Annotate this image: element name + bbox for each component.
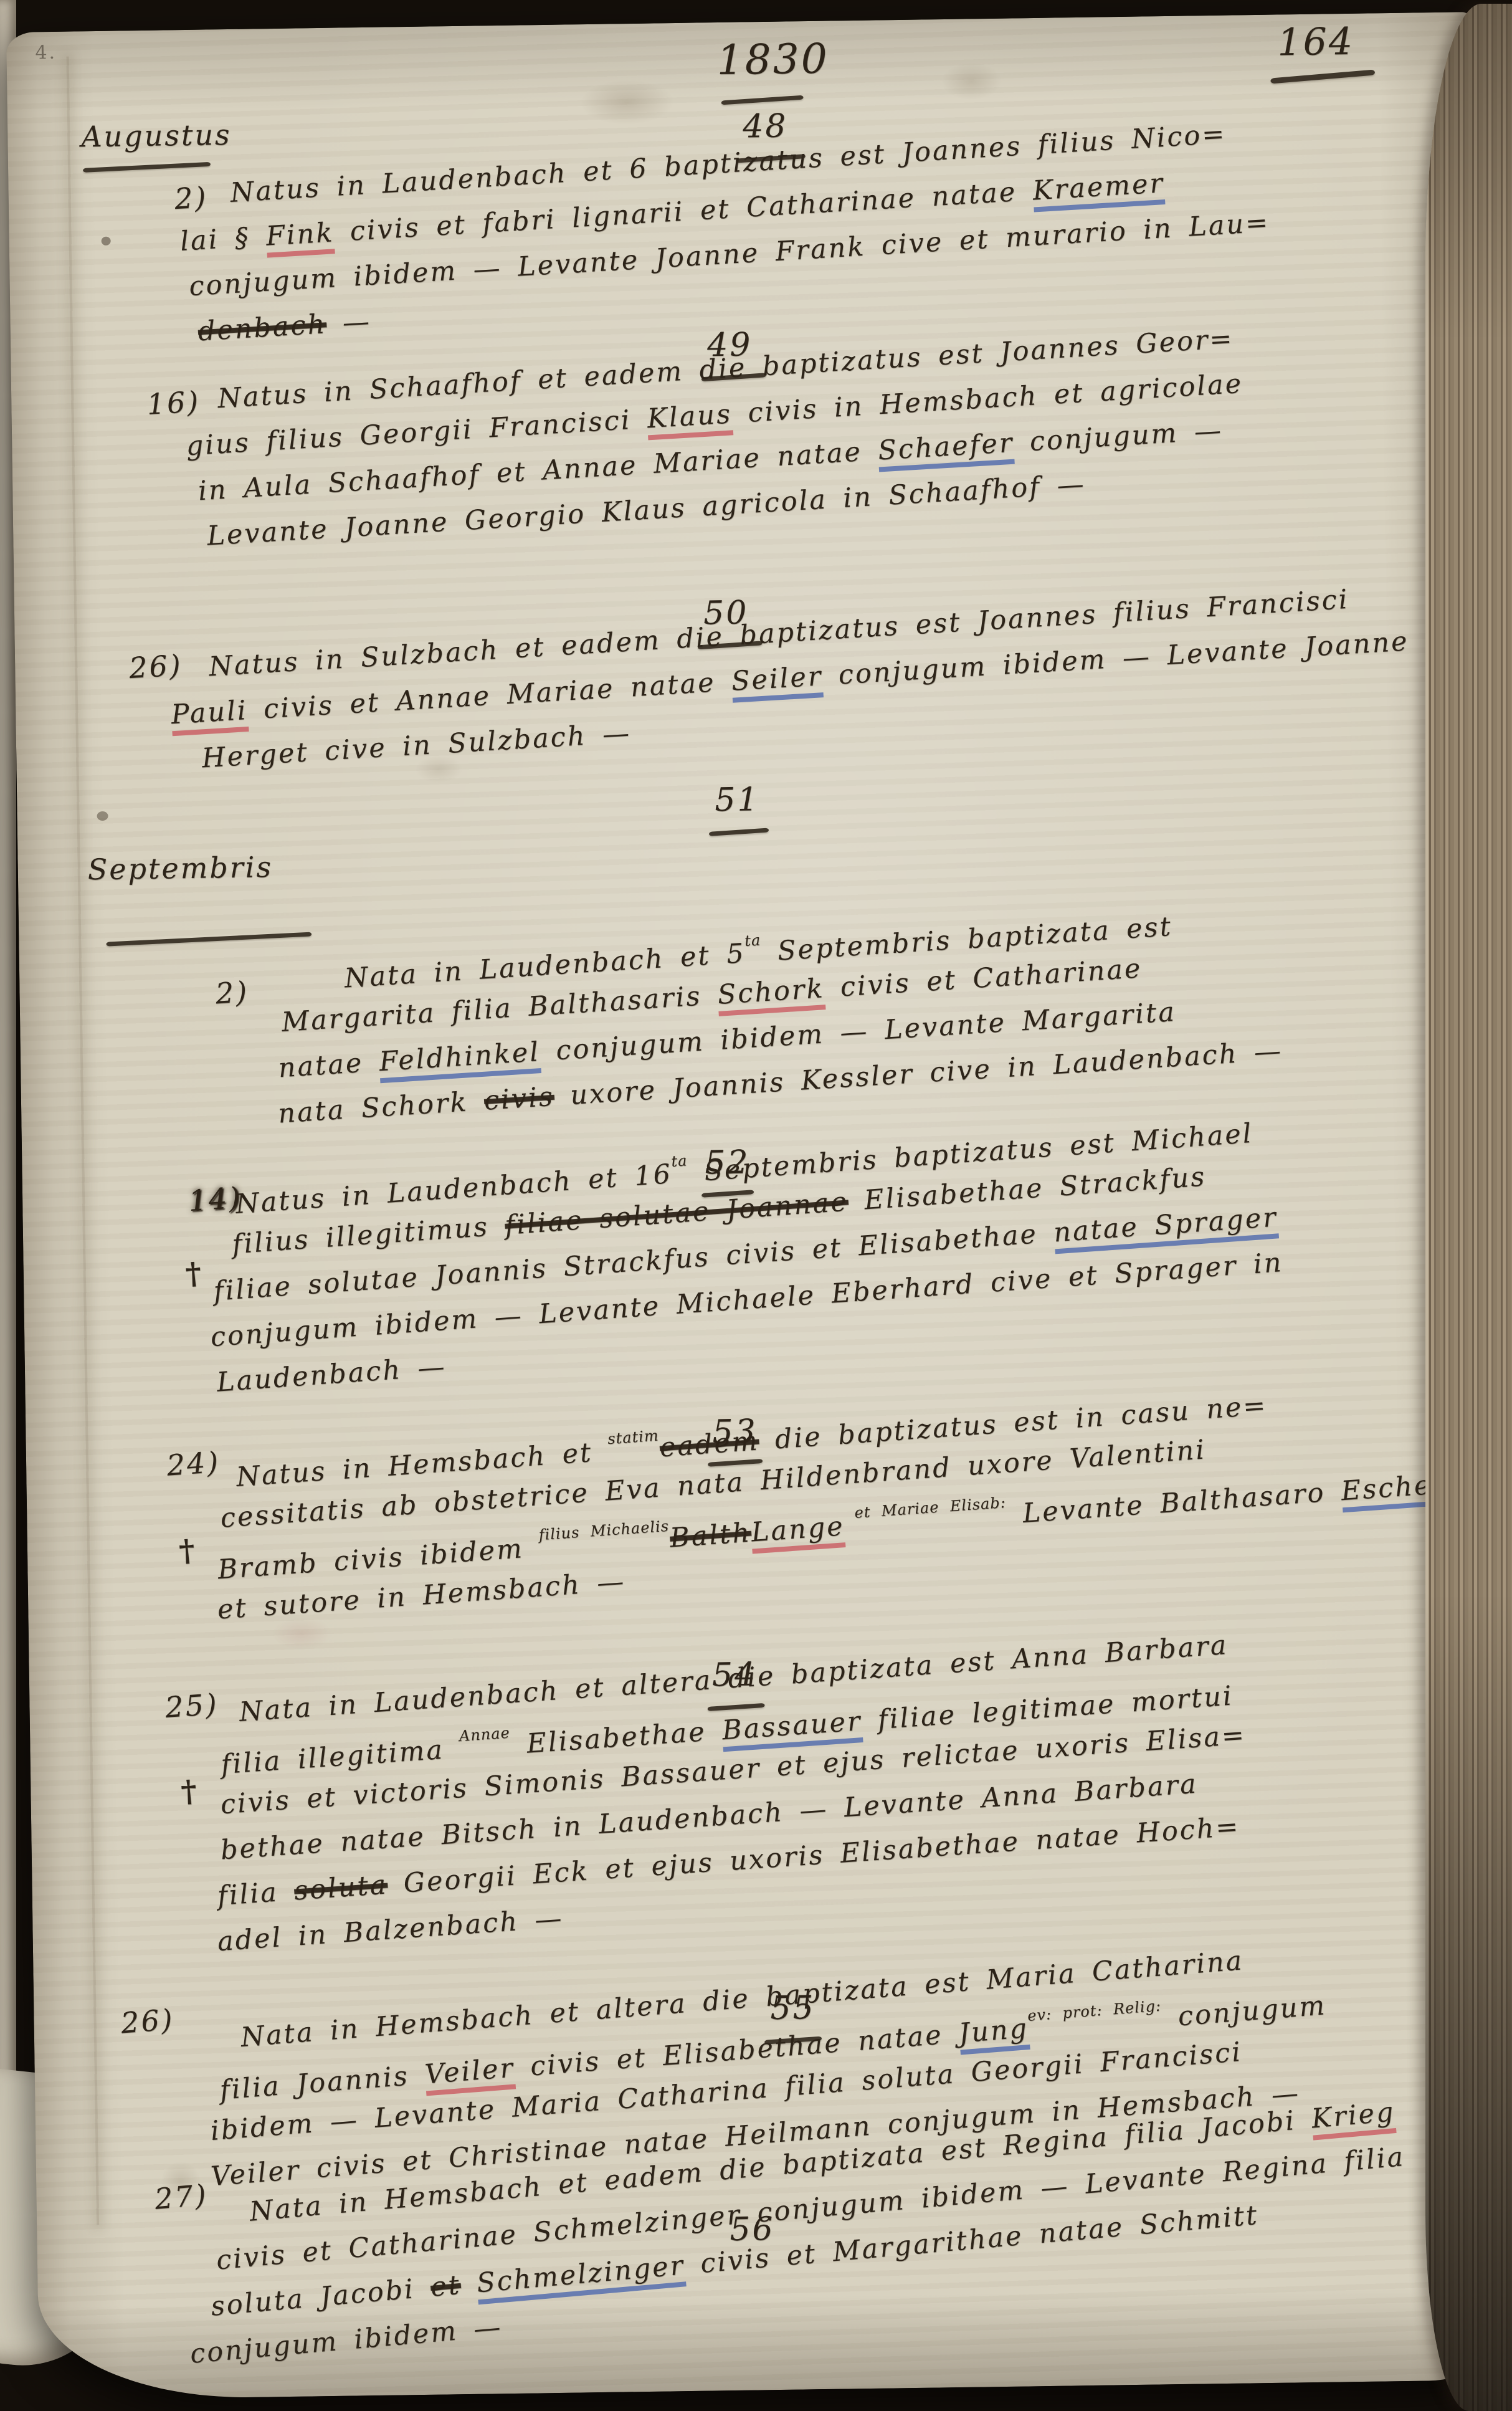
stain xyxy=(941,62,1002,100)
book-fore-edge xyxy=(1425,4,1512,2411)
entry-51-number: 51 xyxy=(715,781,760,819)
underline-flourish xyxy=(721,95,804,105)
month-heading-septembris: Septembris xyxy=(87,850,273,886)
surname-red-underlined: Pauli xyxy=(170,695,249,736)
entry-51-day: 2) xyxy=(214,975,250,1010)
entry-48: 2) Natus in Laudenbach et 6 baptizatus e… xyxy=(229,116,1274,359)
death-cross-mark: † xyxy=(178,1533,197,1569)
surname-red-underlined: Schork xyxy=(716,973,825,1016)
surname-red-underlined: Veiler xyxy=(424,2053,516,2096)
ink-speck xyxy=(102,237,111,246)
surname-red-underlined: Krieg xyxy=(1310,2096,1397,2140)
entry-49-day: 16) xyxy=(146,384,201,421)
entry-53: 24) † Natus in Hemsbach et statimeadem d… xyxy=(235,1362,1512,1638)
underline-flourish xyxy=(83,162,211,173)
surname-blue-underlined: Seiler xyxy=(731,661,824,703)
register-page: 4. 1830 164 48 Augustus 2) Natus in Laud… xyxy=(6,12,1503,2400)
crossed-out-word: Balth xyxy=(669,1517,753,1554)
binding-crease xyxy=(67,57,100,2225)
entry-52-day: 14) xyxy=(188,1180,243,1218)
superscript-insert: ta xyxy=(670,1152,688,1170)
entry-54: 25) † Nata in Laudenbach et altera die b… xyxy=(238,1629,1257,1969)
entry-52: 14) † Natus in Laudenbach et 16ta Septem… xyxy=(234,1111,1288,1411)
month-heading-augustus: Augustus xyxy=(81,118,232,153)
entry-55-day: 26) xyxy=(120,2002,175,2040)
entry-50-day: 26) xyxy=(128,648,184,685)
underline-flourish xyxy=(1270,69,1375,84)
entry-54-day: 25) xyxy=(164,1687,219,1724)
entry-48-day: 2) xyxy=(174,180,209,216)
crossed-out-word: eadem xyxy=(659,1425,760,1463)
surname-blue-underlined: Bassauer xyxy=(721,1706,863,1752)
page-number: 164 xyxy=(1277,20,1354,65)
surname-red-underlined: Fink xyxy=(265,217,336,257)
crossed-out-word: et xyxy=(429,2270,462,2303)
photograph-backdrop: 4. 1830 164 48 Augustus 2) Natus in Laud… xyxy=(0,0,1512,2411)
stain xyxy=(580,79,674,125)
crossed-out-word: soluta xyxy=(293,1869,389,1907)
entry-56-day: 27) xyxy=(153,2178,209,2216)
surname-blue-underlined: Schaefer xyxy=(877,427,1015,472)
entry-49: 16) Natus in Schaafhof et eadem die bapt… xyxy=(217,323,1250,565)
ink-speck xyxy=(97,811,108,821)
pencil-mark: 4. xyxy=(35,42,57,64)
surname-blue-underlined: Kraemer xyxy=(1032,168,1166,212)
entry-51: 2) Nata in Laudenbach et 5ta Septembris … xyxy=(343,899,1285,1139)
death-cross-mark: † xyxy=(184,1256,204,1292)
superscript-insert: Annae xyxy=(459,1724,510,1745)
superscript-insert: ta xyxy=(744,931,761,950)
death-cross-mark: † xyxy=(180,1774,200,1810)
entry-50: 26) Natus in Sulzbach et eadem die bapti… xyxy=(208,580,1414,788)
superscript-insert: statim xyxy=(607,1427,659,1448)
surname-blue-underlined: Jung xyxy=(958,2013,1030,2055)
surname-red-underlined: Lange xyxy=(750,1511,846,1554)
crossed-out-word: civis xyxy=(483,1081,555,1117)
year-heading: 1830 xyxy=(716,35,829,85)
underline-flourish xyxy=(106,932,311,947)
surname-red-underlined: Klaus xyxy=(646,398,733,440)
entry-48-number: 48 xyxy=(743,108,788,146)
underline-flourish xyxy=(709,828,769,836)
entry-53-day: 24) xyxy=(166,1445,221,1482)
